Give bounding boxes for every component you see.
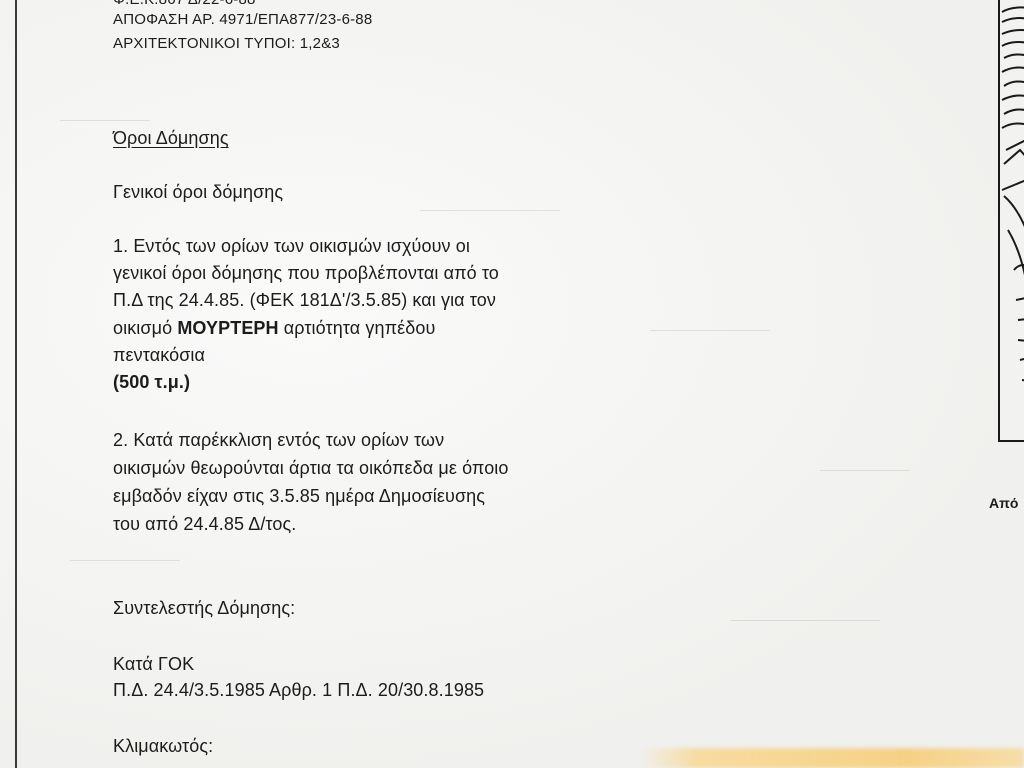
clause-1-line: γενικοί όροι δόμησης που προβλέπονται απ…: [113, 263, 499, 284]
topographic-map-excerpt: [998, 0, 1024, 442]
page-border-line: [15, 0, 17, 768]
clause-2-line: 2. Κατά παρέκκλιση εντός των ορίων των: [113, 430, 444, 451]
clause-2-line: οικισμών θεωρούνται άρτια τα οικόπεδα με…: [113, 458, 509, 479]
scan-noise: [650, 330, 770, 331]
scan-noise: [60, 120, 150, 121]
settlement-name: ΜΟΥΡΤΕΡΗ: [177, 318, 278, 338]
map-caption: Από: [989, 495, 1018, 511]
header-line-arch-types: ΑΡΧΙΤΕΚΤΟΝΙΚΟΙ ΤΥΠΟΙ: 1,2&3: [113, 35, 340, 52]
clause-1-line: 1. Εντός των ορίων των οικισμών ισχύουν …: [113, 236, 470, 257]
paper-stain: [640, 748, 1024, 768]
header-line-decision: ΑΠΟΦΑΣΗ ΑΡ. 4971/ΕΠΑ877/23-6-88: [113, 11, 372, 28]
clause-1-line: οικισμό ΜΟΥΡΤΕΡΗ αρτιότητα γηπέδου: [113, 318, 435, 339]
coefficient-line: Κατά ΓΟΚ: [113, 654, 194, 675]
subsection-title: Γενικοί όροι δόμησης: [113, 182, 283, 203]
clause-1-line: Π.Δ της 24.4.85. (ΦΕΚ 181Δ'/3.5.85) και …: [113, 290, 496, 311]
scan-noise: [820, 470, 910, 471]
plot-area-value: (500 τ.μ.): [113, 372, 190, 393]
stepped-title: Κλιμακωτός:: [113, 736, 213, 757]
clause-2-line: του από 24.4.85 Δ/τος.: [113, 514, 296, 535]
section-title: Όροι Δόμησης: [113, 128, 229, 149]
header-line-fek: Φ.Ε.Κ.867 Δ/22-6-88: [113, 0, 256, 8]
contour-lines-icon: [1000, 0, 1024, 440]
coefficient-title: Συντελεστής Δόμησης:: [113, 598, 295, 619]
scan-noise: [420, 210, 560, 211]
clause-1-line: πεντακόσια: [113, 345, 205, 366]
scan-noise: [730, 620, 880, 621]
coefficient-line: Π.Δ. 24.4/3.5.1985 Αρθρ. 1 Π.Δ. 20/30.8.…: [113, 680, 484, 701]
text-run: οικισμό: [113, 318, 177, 338]
text-run: αρτιότητα γηπέδου: [279, 318, 436, 338]
clause-2-line: εμβαδόν είχαν στις 3.5.85 ημέρα Δημοσίευ…: [113, 486, 485, 507]
scan-noise: [70, 560, 180, 561]
